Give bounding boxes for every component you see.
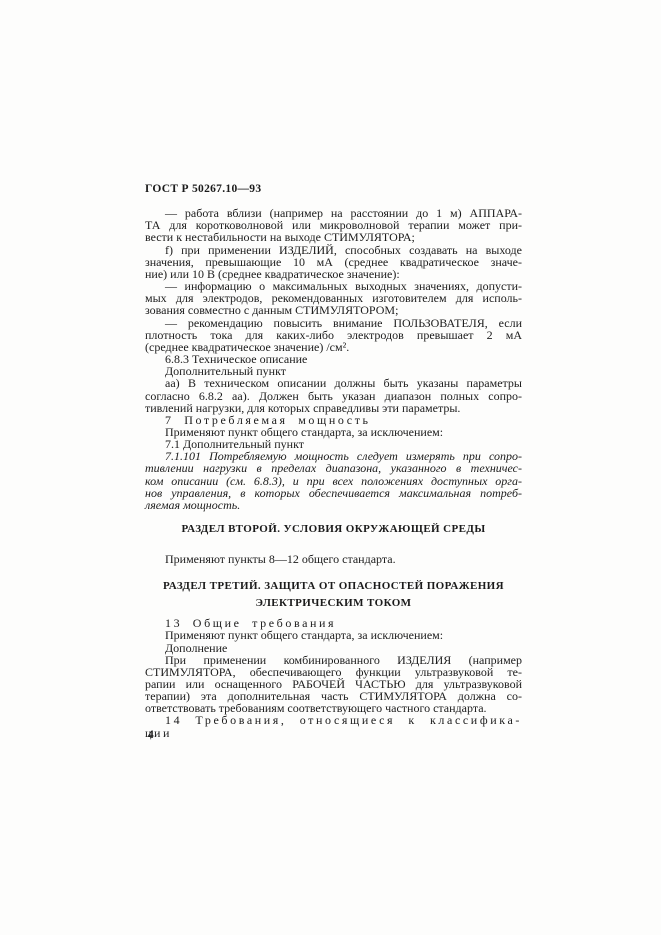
text-line: — рекомендацию повысить внимание ПОЛЬЗОВ… (145, 317, 522, 329)
paragraph: аа) В техническом описании должны быть у… (145, 377, 522, 413)
text-line: 14 Требования, относящиеся к классифика- (145, 714, 522, 726)
text-line: ком описании (см. 6.8.3), и при всех пол… (145, 475, 522, 487)
text-line: Дополнение (145, 642, 522, 654)
text-line: зования совместно с данным СТИМУЛЯТОРОМ; (145, 304, 522, 316)
section-heading: РАЗДЕЛ ВТОРОЙ. УСЛОВИЯ ОКРУЖАЮЩЕЙ СРЕДЫ (145, 521, 522, 538)
text-line: Применяют пункт общего стандарта, за иск… (145, 629, 522, 641)
paragraph: Применяют пункт общего стандарта, за иск… (145, 629, 522, 641)
text-line: ции (145, 727, 522, 739)
paragraph: Применяют пункты 8—12 общего стандарта. (145, 553, 522, 565)
paragraph: — рекомендацию повысить внимание ПОЛЬЗОВ… (145, 317, 522, 353)
heading-line: РАЗДЕЛ ТРЕТИЙ. ЗАЩИТА ОТ ОПАСНОСТЕЙ ПОРА… (145, 578, 522, 595)
text-line: f) при применении ИЗДЕЛИЙ, способных соз… (145, 244, 522, 256)
paragraph: При применении комбинированного ИЗДЕЛИЯ … (145, 654, 522, 715)
text-line: тивлений нагрузки, для которых справедли… (145, 402, 522, 414)
document-page: ГОСТ Р 50267.10—93 — работа вблизи (напр… (0, 0, 661, 935)
page-number: 4 (148, 729, 154, 741)
section-heading: РАЗДЕЛ ТРЕТИЙ. ЗАЩИТА ОТ ОПАСНОСТЕЙ ПОРА… (145, 578, 522, 612)
text-line: аа) В техническом описании должны быть у… (145, 377, 522, 389)
clause-heading: 14 Требования, относящиеся к классифика-… (145, 714, 522, 738)
paragraph: f) при применении ИЗДЕЛИЙ, способных соз… (145, 244, 522, 280)
paragraph: — работа вблизи (например на расстоянии … (145, 207, 522, 243)
text-line: ляемая мощность. (145, 499, 522, 511)
text-column: ГОСТ Р 50267.10—93 — работа вблизи (напр… (145, 183, 522, 739)
paragraph: 7.1.101 Потребляемую мощность следует из… (145, 450, 522, 511)
heading-line: ЭЛЕКТРИЧЕСКИМ ТОКОМ (145, 595, 522, 612)
paragraph: Дополнение (145, 642, 522, 654)
paragraph: — информацию о максимальных выходных зна… (145, 280, 522, 316)
heading-line: РАЗДЕЛ ВТОРОЙ. УСЛОВИЯ ОКРУЖАЮЩЕЙ СРЕДЫ (145, 521, 522, 538)
text-line: вести к нестабильности на выходе СТИМУЛЯ… (145, 231, 522, 243)
text-line: тивлении нагрузки в пределах диапазона, … (145, 462, 522, 474)
text-line: Применяют пункты 8—12 общего стандарта. (145, 553, 522, 565)
document-header: ГОСТ Р 50267.10—93 (145, 183, 522, 195)
text-line: согласно 6.8.2 аа). Должен быть указан д… (145, 390, 522, 402)
